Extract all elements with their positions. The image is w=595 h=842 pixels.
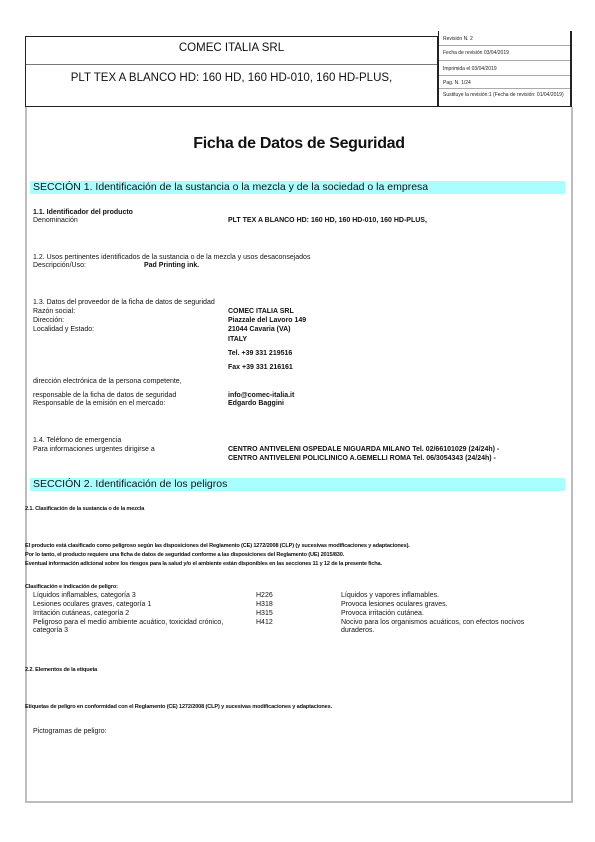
hazard-code-2: H318 — [256, 601, 273, 609]
emergency-label: Para informaciones urgentes dirigirse a — [33, 446, 155, 454]
hazard-statement-4: Nocivo para los organismos acuáticos, co… — [341, 619, 526, 635]
revision-number: Revisión N. 2 — [443, 36, 568, 42]
document-title: Ficha de Datos de Seguridad — [25, 135, 573, 153]
hazard-statement-2: Provoca lesiones oculares graves. — [341, 601, 448, 609]
tel-value: Tel. +39 331 219516 — [228, 350, 292, 358]
razon-social-value: COMEC ITALIA SRL — [228, 308, 294, 316]
s1-3-title: 1.3. Datos del proveedor de la ficha de … — [33, 299, 215, 307]
hazard-statement-1: Líquidos y vapores inflamables. — [341, 592, 439, 600]
page-number: Pag. N. 1/24 — [443, 80, 568, 86]
emergency-line-1: CENTRO ANTIVELENI OSPEDALE NIGUARDA MILA… — [228, 446, 499, 454]
replaces-revision: Sustituye la revisión:1 (Fecha de revisi… — [443, 92, 568, 98]
hazard-class-2: Lesiones oculares graves, categoría 1 — [33, 601, 151, 609]
hazard-class-3: Irritación cutáneas, categoría 2 — [33, 610, 129, 618]
classification-text-1: El producto está clasificado como peligr… — [25, 543, 410, 550]
denominacion-value: PLT TEX A BLANCO HD: 160 HD, 160 HD-010,… — [228, 217, 427, 225]
product-name: PLT TEX A BLANCO HD: 160 HD, 160 HD-010,… — [26, 65, 437, 86]
razon-social-label: Razón social: — [33, 308, 75, 316]
hazard-class-4: Peligroso para el medio ambiente acuátic… — [33, 619, 233, 635]
revision-date: Fecha de revisión 03/04/2019 — [443, 50, 568, 56]
responsable-value: Edgardo Baggini — [228, 400, 284, 408]
email-label-2: responsable de la ficha de datos de segu… — [33, 392, 176, 400]
s2-2-title: 2.2. Elementos de la etiqueta — [25, 667, 97, 674]
hazard-code-3: H315 — [256, 610, 273, 618]
country-value: ITALY — [228, 336, 247, 344]
s1-2-title: 1.2. Usos pertinentes identificados de l… — [33, 254, 310, 262]
label-regulation-text: Etiquetas de peligro en conformidad con … — [25, 704, 332, 711]
email-label-1: dirección electrónica de la persona comp… — [33, 378, 182, 386]
direccion-label: Dirección: — [33, 317, 64, 325]
section-1-heading: SECCIÓN 1. Identificación de la sustanci… — [30, 181, 565, 194]
email-link[interactable]: info@comec-italia.it — [228, 392, 294, 400]
hazard-heading: Clasificación e indicación de peligro: — [25, 584, 118, 591]
company-name: COMEC ITALIA SRL — [26, 37, 437, 65]
header-box: COMEC ITALIA SRL PLT TEX A BLANCO HD: 16… — [25, 36, 438, 107]
s1-1-title: 1.1. Identificador del producto — [33, 209, 133, 217]
hazard-statement-3: Provoca irritación cutánea. — [341, 610, 424, 618]
responsable-label: Responsable de la emisión en el mercado: — [33, 400, 165, 408]
revision-info-box: Revisión N. 2 Fecha de revisión 03/04/20… — [438, 31, 572, 107]
s2-1-title: 2.1. Clasificación de la sustancia o de … — [25, 506, 144, 513]
s1-4-title: 1.4. Teléfono de emergencia — [33, 437, 121, 445]
direccion-value: Piazzale del Lavoro 149 — [228, 317, 306, 325]
hazard-code-4: H412 — [256, 619, 273, 627]
section-2-heading: SECCIÓN 2. Identificación de los peligro… — [30, 478, 565, 491]
hazard-code-1: H226 — [256, 592, 273, 600]
uso-label: Descripción/Uso: — [33, 262, 86, 270]
emergency-line-2: CENTRO ANTIVELENI POLICLINICO A.GEMELLI … — [228, 455, 496, 463]
fax-value: Fax +39 331 216161 — [228, 364, 293, 372]
denominacion-label: Denominación — [33, 217, 78, 225]
classification-text-3: Eventual información adicional sobre los… — [25, 561, 382, 568]
printed-date: Imprimida el 03/04/2019 — [443, 66, 568, 72]
localidad-label: Localidad y Estado: — [33, 326, 94, 334]
pictograms-label: Pictogramas de peligro: — [33, 728, 107, 736]
uso-value: Pad Printing ink. — [144, 262, 199, 270]
hazard-class-1: Líquidos inflamables, categoría 3 — [33, 592, 136, 600]
classification-text-2: Por lo tanto, el producto requiere una f… — [25, 552, 344, 559]
localidad-value: 21044 Cavaria (VA) — [228, 326, 291, 334]
